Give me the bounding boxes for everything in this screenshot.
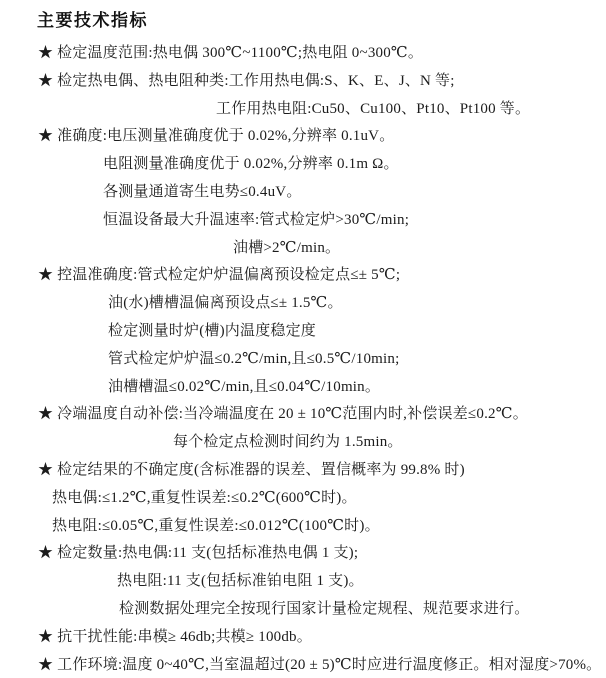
spec-line-oil-bath-rate: 油槽>2℃/min。 [0, 235, 606, 263]
spec-line-rtd-types: 工作用热电阻:Cu50、Cu100、Pt10、Pt100 等。 [0, 96, 606, 124]
spec-line-environment: ★ 工作环境:温度 0~40℃,当室温超过(20 ± 5)℃时应进行温度修正。相… [0, 652, 606, 678]
document-page: 主要技术指标 ★ 检定温度范围:热电偶 300℃~1100℃;热电阻 0~300… [0, 0, 606, 678]
spec-line-accuracy: ★ 准确度:电压测量准确度优于 0.02%,分辨率 0.1uV。 [0, 123, 606, 151]
spec-line-furnace-stability: 管式检定炉炉温≤0.2℃/min,且≤0.5℃/10min; [0, 346, 606, 374]
spec-line-tc-uncertainty: 热电偶:≤1.2℃,重复性误差:≤0.2℃(600℃时)。 [0, 485, 606, 513]
spec-line-sensor-types: ★ 检定热电偶、热电阻种类:工作用热电偶:S、K、E、J、N 等; [0, 68, 606, 96]
spec-line-data-processing: 检测数据处理完全按现行国家计量检定规程、规范要求进行。 [0, 596, 606, 624]
spec-line-cold-junction: ★ 冷端温度自动补偿:当冷端温度在 20 ± 10℃范围内时,补偿误差≤0.2℃… [0, 401, 606, 429]
spec-line-detect-time: 每个检定点检测时间约为 1.5min。 [0, 429, 606, 457]
spec-line-heating-rate: 恒温设备最大升温速率:管式检定炉>30℃/min; [0, 207, 606, 235]
spec-line-rtd-uncertainty: 热电阻:≤0.05℃,重复性误差:≤0.012℃(100℃时)。 [0, 513, 606, 541]
spec-line-interference: ★ 抗干扰性能:串模≥ 46db;共模≥ 100db。 [0, 624, 606, 652]
page-title: 主要技术指标 [37, 6, 148, 31]
spec-line-bath-deviation: 油(水)槽槽温偏离预设点≤± 1.5℃。 [0, 290, 606, 318]
spec-line-temp-range: ★ 检定温度范围:热电偶 300℃~1100℃;热电阻 0~300℃。 [0, 40, 606, 68]
spec-line-uncertainty: ★ 检定结果的不确定度(含标准器的误差、置信概率为 99.8% 时) [0, 457, 606, 485]
spec-line-quantity: ★ 检定数量:热电偶:11 支(包括标准热电偶 1 支); [0, 540, 606, 568]
spec-line-parasitic-emf: 各测量通道寄生电势≤0.4uV。 [0, 179, 606, 207]
spec-line-oil-stability: 油槽槽温≤0.02℃/min,且≤0.04℃/10min。 [0, 374, 606, 402]
spec-line-stability-header: 检定测量时炉(槽)内温度稳定度 [0, 318, 606, 346]
spec-list: ★ 检定温度范围:热电偶 300℃~1100℃;热电阻 0~300℃。 ★ 检定… [0, 40, 606, 678]
spec-line-resistance-accuracy: 电阻测量准确度优于 0.02%,分辨率 0.1m Ω。 [0, 151, 606, 179]
spec-line-temp-control: ★ 控温准确度:管式检定炉炉温偏离预设检定点≤± 5℃; [0, 262, 606, 290]
spec-line-rtd-quantity: 热电阻:11 支(包括标准铂电阻 1 支)。 [0, 568, 606, 596]
